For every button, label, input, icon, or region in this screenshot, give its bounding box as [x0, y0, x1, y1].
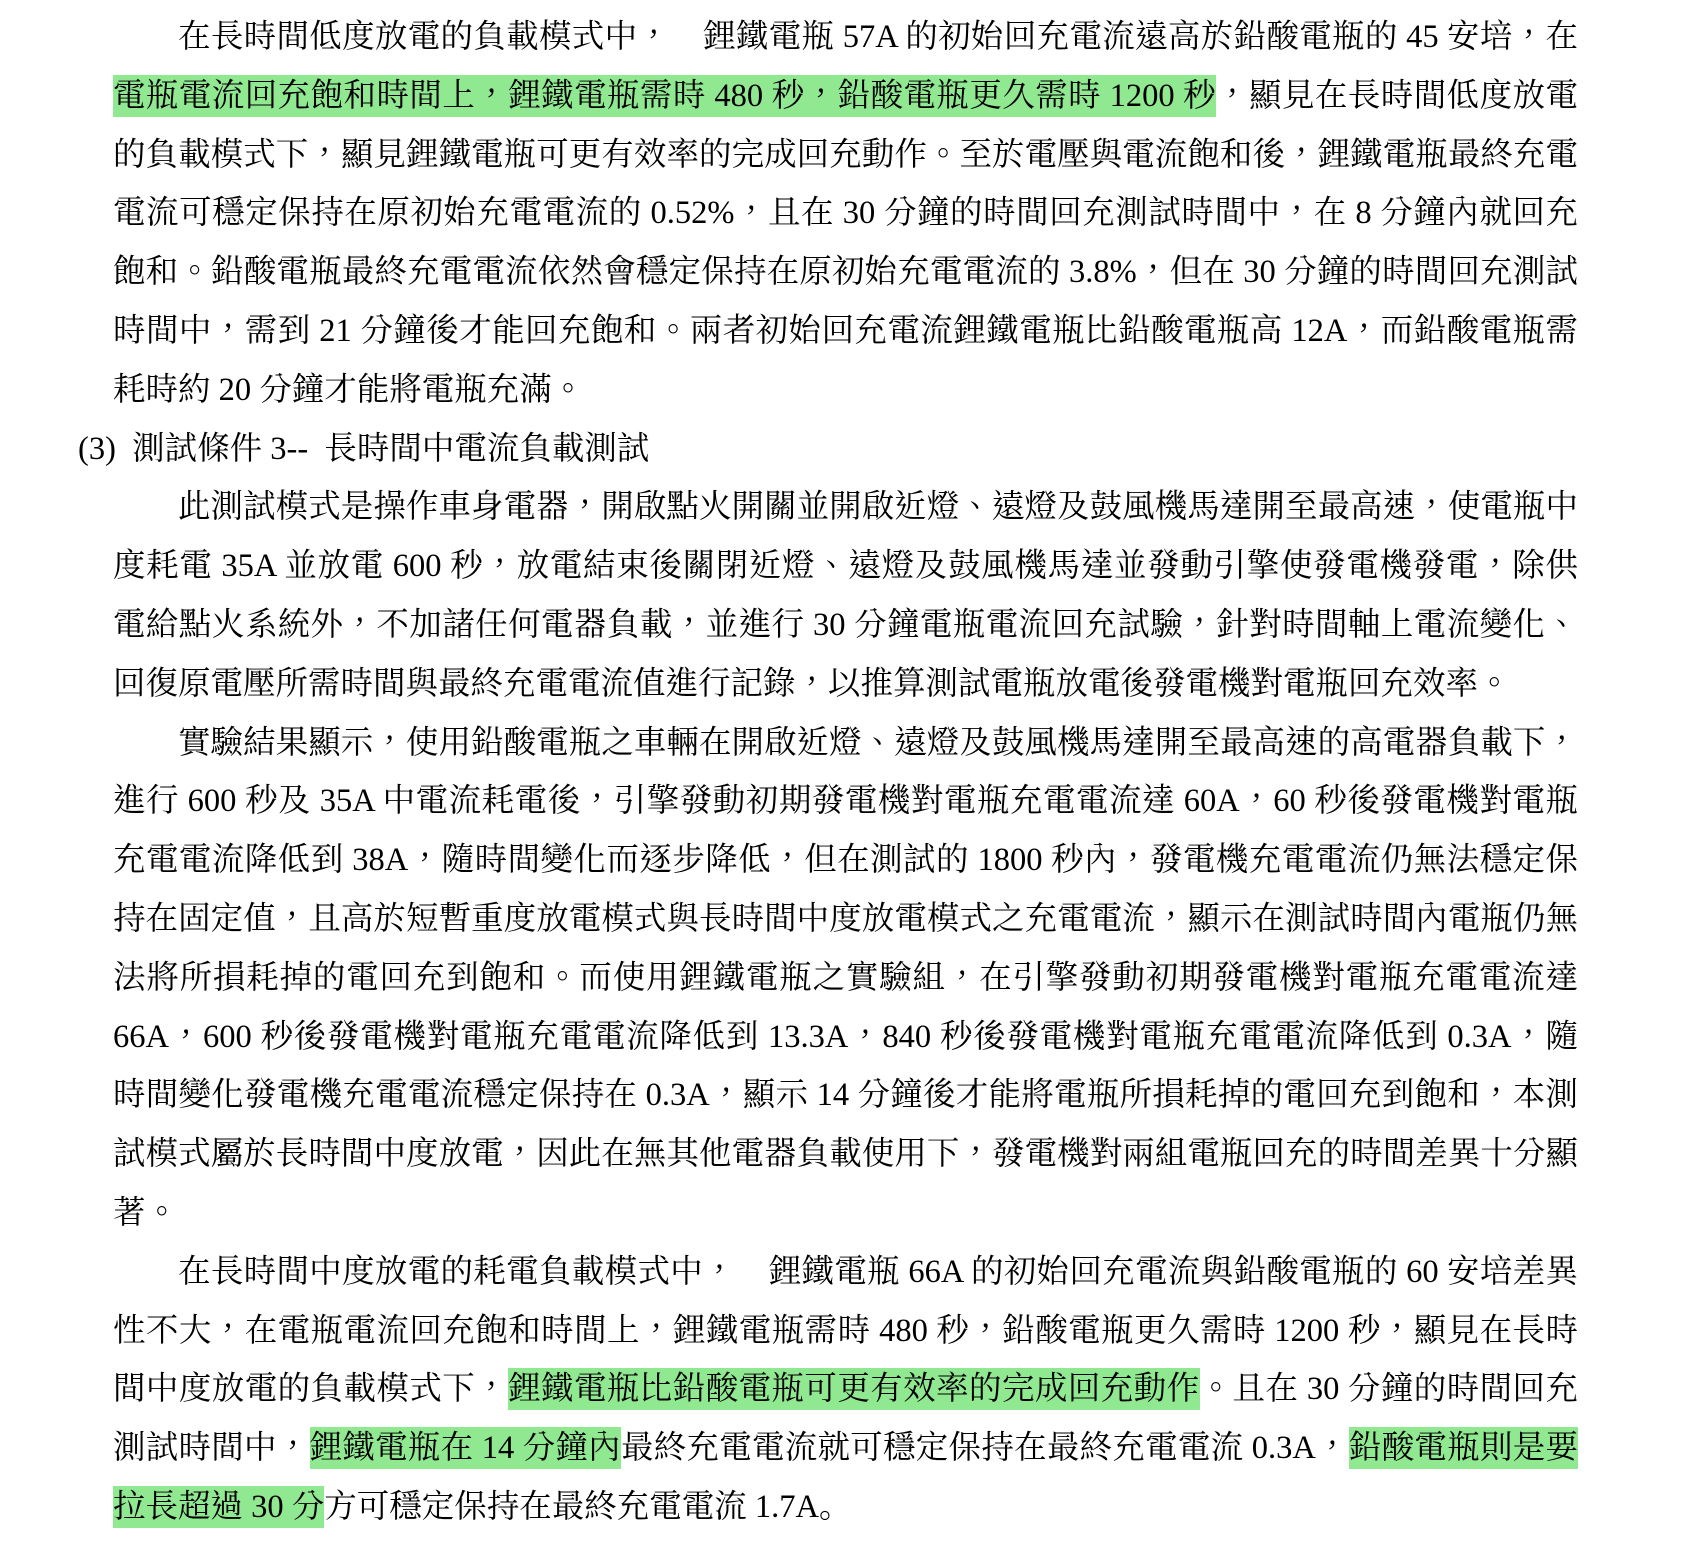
highlighted-text: 電瓶電流回充飽和時間上，鋰鐵電瓶需時 480 秒，鉛酸電瓶更久需時 1200 秒 — [113, 75, 1216, 117]
highlighted-text: 鋰鐵電瓶在 14 分鐘內 — [310, 1427, 621, 1469]
text-run: 最終充電電流就可穩定保持在最終充電電流 0.3A， — [621, 1430, 1349, 1466]
paragraph: 實驗結果顯示，使用鉛酸電瓶之車輛在開啟近燈、遠燈及鼓風機馬達開至最高速的高電器負… — [113, 714, 1578, 1243]
text-run: 方可穩定保持在最終充電電流 1.7A。 — [324, 1489, 851, 1525]
text-run: 在長時間低度放電的負載模式中， 鋰鐵電瓶 57A 的初始回充電流遠高於鉛酸電瓶的… — [178, 19, 1578, 55]
text-run: 此測試模式是操作車身電器，開啟點火開關並開啟近燈、遠燈及鼓風機馬達開至最高速，使… — [113, 489, 1578, 701]
text-run: ，顯見在長時間低度放電的負載模式下，顯見鋰鐵電瓶可更有效率的完成回充動作。至於電… — [113, 78, 1578, 408]
paragraph: 在長時間中度放電的耗電負載模式中， 鋰鐵電瓶 66A 的初始回充電流與鉛酸電瓶的… — [113, 1243, 1578, 1537]
highlighted-text: 鋰鐵電瓶比鉛酸電瓶可更有效率的完成回充動作 — [508, 1368, 1199, 1410]
paragraph: 在長時間低度放電的負載模式中， 鋰鐵電瓶 57A 的初始回充電流遠高於鉛酸電瓶的… — [113, 8, 1578, 420]
document-page: 在長時間低度放電的負載模式中， 鋰鐵電瓶 57A 的初始回充電流遠高於鉛酸電瓶的… — [0, 0, 1686, 1567]
text-run: (3) 測試條件 3-- 長時間中電流負載測試 — [78, 431, 649, 467]
text-run: 實驗結果顯示，使用鉛酸電瓶之車輛在開啟近燈、遠燈及鼓風機馬達開至最高速的高電器負… — [113, 725, 1578, 1231]
document-body: 在長時間低度放電的負載模式中， 鋰鐵電瓶 57A 的初始回充電流遠高於鉛酸電瓶的… — [0, 0, 1686, 1537]
section-heading: (3) 測試條件 3-- 長時間中電流負載測試 — [78, 420, 1578, 479]
paragraph: 此測試模式是操作車身電器，開啟點火開關並開啟近燈、遠燈及鼓風機馬達開至最高速，使… — [113, 478, 1578, 713]
